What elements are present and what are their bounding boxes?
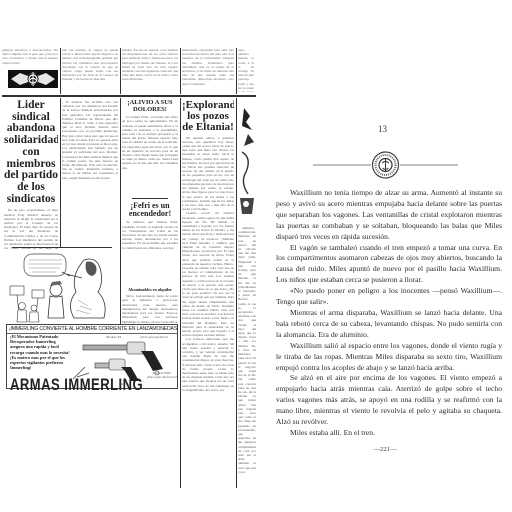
ad-armas-immerling: ¡IMMERLING CONVIERTE AL HOMBRE CORRIENTE…: [6, 324, 178, 389]
newspaper-sheet: peligros electricos y desconocidos. Sin …: [2, 48, 256, 488]
paragraph: Se alzó en el aire por encima de los vag…: [276, 373, 502, 428]
model-hos-label: Modelo HOS ¡Para gran discrecion!: [147, 371, 177, 379]
top-strip-col-3: bandos. En vez de esperar a los deberes …: [122, 48, 178, 92]
headline-explorando: ¡Explorando los pozos de Eltania!: [182, 100, 234, 134]
article-body: En un giro sorprendente, el lider sindic…: [4, 208, 58, 250]
column-rule: [180, 98, 181, 488]
headline-alivio: ¡ALIVIO A SUS DOLORES!: [122, 100, 178, 113]
paragraph: Mientras el arma disparaba, Waxillium se…: [276, 308, 502, 341]
column-rule: [60, 98, 61, 248]
ad-alivio-dolores: ¡ALIVIO A SUS DOLORES! La celeste Fitlis…: [122, 100, 178, 196]
top-strip-col-2: una vez entrado, el viajero no puede vol…: [62, 48, 118, 92]
article-body: Los kolosos inmortales que me acompañan …: [182, 337, 234, 392]
ad-body: La celeste Fitlis, acorazada del alivio …: [122, 115, 178, 170]
column-rule: [60, 48, 61, 94]
ad-banner: ¡IMMERLING CONVIERTE AL HOMBRE CORRIENTE…: [9, 326, 177, 332]
headline-fefri: ¡Fefri es un encendedor!: [122, 202, 178, 218]
article-lider-continued: El anuncio fue recibido casi con violenc…: [62, 100, 118, 246]
paragraph: El vagón se tambaleó cuando el tren empe…: [276, 243, 502, 287]
newspaper-page: peligros electricos y desconocidos. Sin …: [0, 0, 258, 512]
article-body: Mi querido editor, y queridos lectores, …: [182, 136, 234, 212]
scadrial-emblem-icon: [8, 70, 58, 88]
book-page: 13 Waxillium no tenía tiempo de alzar su…: [258, 0, 512, 512]
headline-lider-sindical: Lider sindical abandona solidaridad con …: [4, 100, 58, 205]
top-strip-col-1: peligros electricos y desconocidos. Sin …: [2, 48, 58, 70]
column-rule: [236, 48, 237, 94]
chapter-number: 13: [378, 124, 387, 134]
section-rule: [132, 198, 168, 199]
article-explorando-pozos: ¡Explorando los pozos de Eltania! Mi que…: [182, 100, 234, 488]
paragraph: Waxillium no tenía tiempo de alzar su ar…: [276, 188, 502, 243]
chapter-text: Waxillium no tenía tiempo de alzar su ar…: [276, 188, 502, 439]
section-rule: [2, 95, 256, 97]
ad-copy: ¡El Mecanismo Patentado Recuperador Imme…: [10, 334, 70, 370]
paragraph: Miles estaba allí. En el tren.: [276, 428, 502, 439]
paragraph: Waxillium salió al espacio entre los vag…: [276, 341, 502, 374]
page-gutter: [250, 48, 258, 463]
article-body: El anuncio fue recibido casi con violenc…: [62, 100, 118, 180]
article-fefri: ¡Fefri es un encendedor! Se rumorea que …: [122, 202, 178, 282]
section-rule: [12, 247, 112, 248]
column-rule: [180, 48, 181, 94]
article-lider-sindical: Lider sindical abandona solidaridad con …: [4, 100, 58, 250]
chapter-ornament-icon: [313, 150, 458, 180]
ad-established: Est. 311: [119, 382, 130, 386]
top-strip-col-4: demostrado capacidad para salir esta zon…: [182, 48, 234, 92]
column-rule: [120, 48, 121, 94]
column-rule: [236, 98, 237, 488]
article-body: Se rumorea que Alvinas Fefri, candidato …: [122, 220, 178, 249]
paragraph: «No puedo poner en peligro a los inocent…: [276, 286, 502, 308]
page-folio: —221—: [258, 446, 512, 453]
article-body: Cuando recorri mi anterior excursion, es…: [182, 211, 234, 337]
protest-cartoon-illustration: [4, 252, 116, 324]
headline-abominables: Abominables en alquiler: [122, 288, 178, 292]
